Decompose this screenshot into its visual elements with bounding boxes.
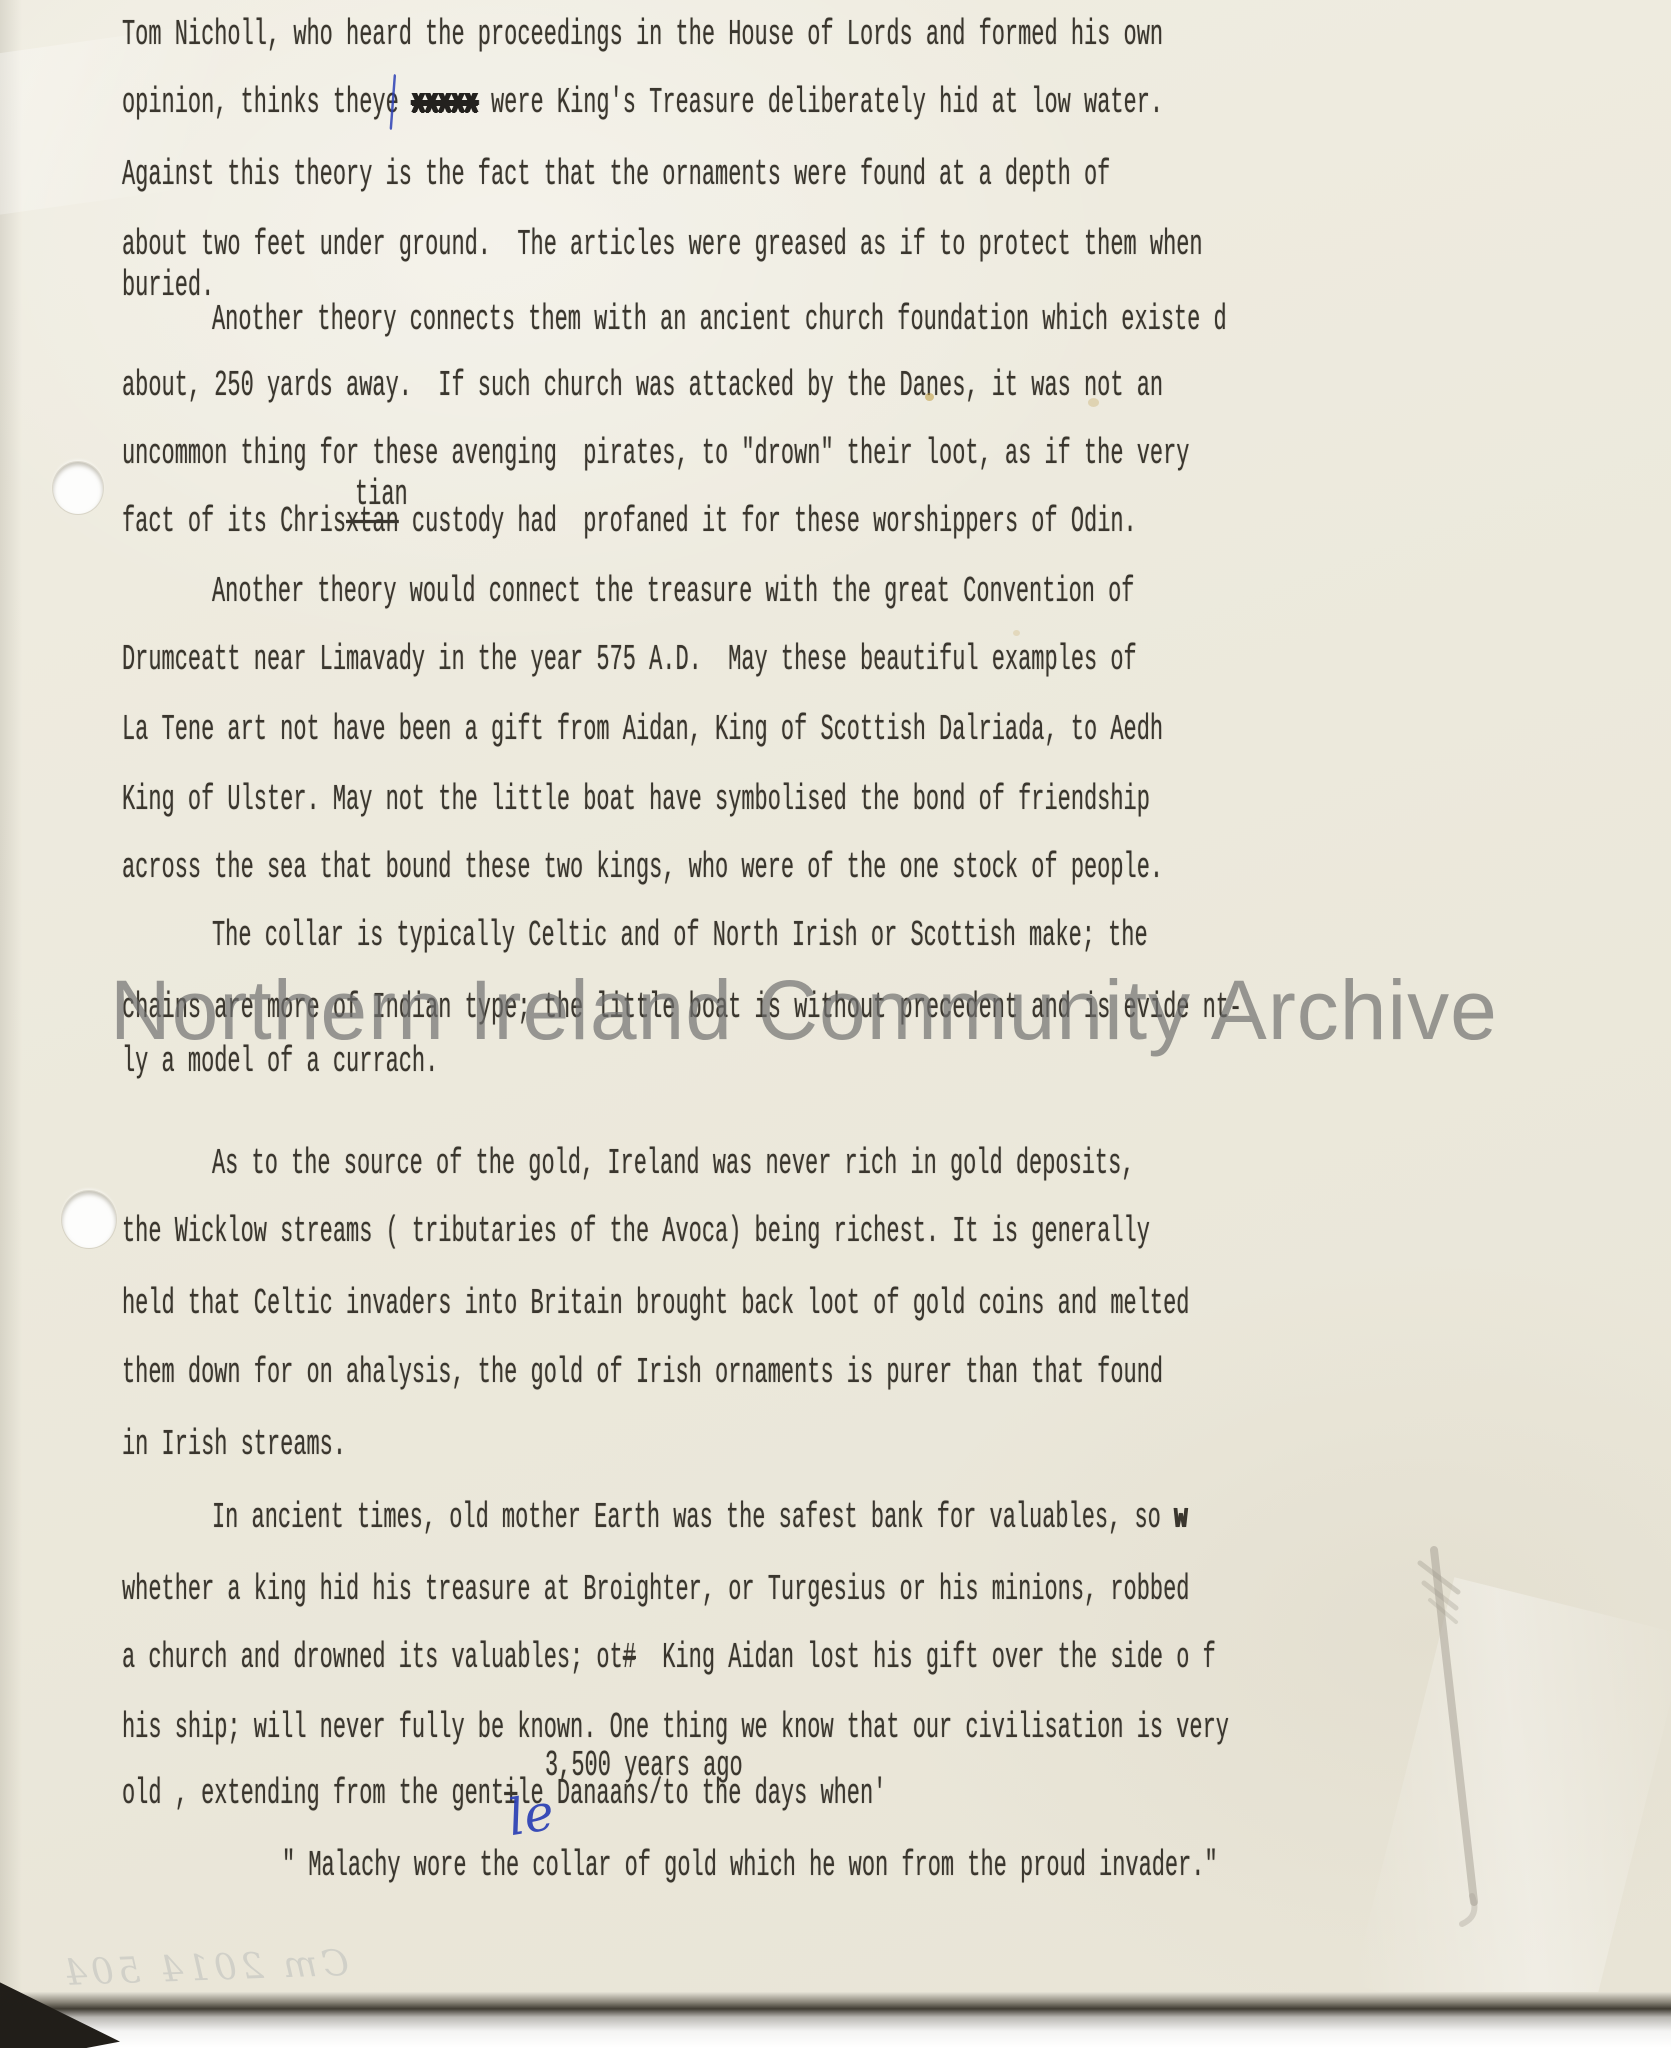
text-line: Drumceatt near Limavady in the year 575 … [122,640,1137,680]
text-segment: across the sea that bound these two king… [122,848,1163,888]
text-segment: Another theory would connect the treasur… [212,572,1134,612]
text-segment: Another theory connects them with an anc… [212,300,1227,340]
text-segment: old , extending from the gent [122,1774,504,1814]
text-line: his ship; will never fully be known. One… [122,1708,1229,1748]
text-segment: in Irish streams. [122,1425,346,1465]
text-segment: xxxxx [412,83,478,123]
text-line: Against this theory is the fact that the… [122,155,1110,195]
text-line: them down for on ahalysis, the gold of I… [122,1353,1163,1393]
text-segment: e [386,83,399,123]
text-segment: La Tene art not have been a gift from Ai… [122,710,1163,750]
text-segment: held that Celtic invaders into Britain b… [122,1284,1189,1324]
showthrough-reference: Cm 2014 504 [59,1943,349,1994]
text-line: whether a king hid his treasure at Broig… [122,1570,1189,1610]
text-line: the Wicklow streams ( tributaries of the… [122,1212,1150,1252]
text-line: about two feet under ground. The article… [122,225,1203,265]
text-line: The collar is typically Celtic and of No… [212,916,1148,956]
text-line: across the sea that bound these two king… [122,848,1163,888]
text-line: Tom Nicholl, who heard the proceedings i… [122,15,1163,55]
watermark: Northern Ireland Community Archive [110,962,1498,1059]
text-line: " Malachy wore the collar of gold which … [282,1846,1218,1886]
text-line: held that Celtic invaders into Britain b… [122,1284,1189,1324]
text-segment: uncommon thing for these avenging pirate… [122,434,1189,474]
text-segment: The collar is typically Celtic and of No… [212,916,1148,956]
text-segment: the Wicklow streams ( tributaries of the… [122,1212,1150,1252]
text-segment: As to the source of the gold, Ireland wa… [212,1144,1134,1184]
text-line: a church and drowned its valuables; ot# … [122,1638,1216,1678]
text-line: King of Ulster. May not the little boat … [122,780,1150,820]
scan-bottom-edge [0,1992,1671,2048]
text-line: buried. [122,266,214,306]
text-line: uncommon thing for these avenging pirate… [122,434,1189,474]
paper-crease-right [1353,1577,1671,2043]
text-segment: w [1174,1498,1187,1538]
text-segment: Tom Nicholl, who heard the proceedings i… [122,15,1163,55]
text-segment: # [623,1638,636,1678]
text-line: La Tene art not have been a gift from Ai… [122,710,1163,750]
text-segment: a church and drowned its valuables; ot [122,1638,623,1678]
text-segment: King of Ulster. May not the little boat … [122,780,1150,820]
foxing-spot [1013,630,1020,636]
text-segment: Against this theory is the fact that the… [122,155,1110,195]
text-segment: " Malachy wore the collar of gold which … [282,1846,1218,1886]
text-segment: In ancient times, old mother Earth was t… [212,1498,1174,1538]
text-line: fact of its Chrisxtan custody had profan… [122,502,1137,542]
page-edge-shading [0,0,22,2048]
text-line: Another theory connects them with an anc… [212,300,1227,340]
text-segment: le Danaans/to the days when' [517,1774,886,1814]
text-segment: opinion, thinks they [122,83,386,123]
text-segment: about, 250 yards away. If such church wa… [122,366,1163,406]
text-segment: whether a king hid his treasure at Broig… [122,1570,1189,1610]
punch-hole-bottom [62,1191,116,1248]
text-segment: Drumceatt near Limavady in the year 575 … [122,640,1137,680]
text-segment: his ship; will never fully be known. One… [122,1708,1229,1748]
text-line: about, 250 yards away. If such church wa… [122,366,1163,406]
scanned-document-page: Tom Nicholl, who heard the proceedings i… [0,0,1671,2048]
text-segment [399,83,412,123]
text-line: in Irish streams. [122,1425,346,1465]
text-segment: them down for on ahalysis, the gold of I… [122,1353,1163,1393]
foxing-spot [925,393,934,401]
text-segment: were King's Treasure deliberately hid at… [478,83,1163,123]
text-line: opinion, thinks theye xxxxx were King's … [122,83,1163,123]
text-line: In ancient times, old mother Earth was t… [212,1498,1187,1538]
text-line: Another theory would connect the treasur… [212,572,1134,612]
text-line: As to the source of the gold, Ireland wa… [212,1144,1134,1184]
text-segment: King Aidan lost his gift over the side o… [636,1638,1216,1678]
text-segment: xtan [346,502,399,542]
text-segment: buried. [122,266,214,306]
text-segment: about two feet under ground. The article… [122,225,1203,265]
punch-hole-top [53,462,103,514]
handwritten-correction: le [504,1783,558,1847]
text-segment: custody had profaned it for these worshi… [399,502,1137,542]
text-segment: fact of its Chris [122,502,346,542]
foxing-spot [1088,398,1099,407]
